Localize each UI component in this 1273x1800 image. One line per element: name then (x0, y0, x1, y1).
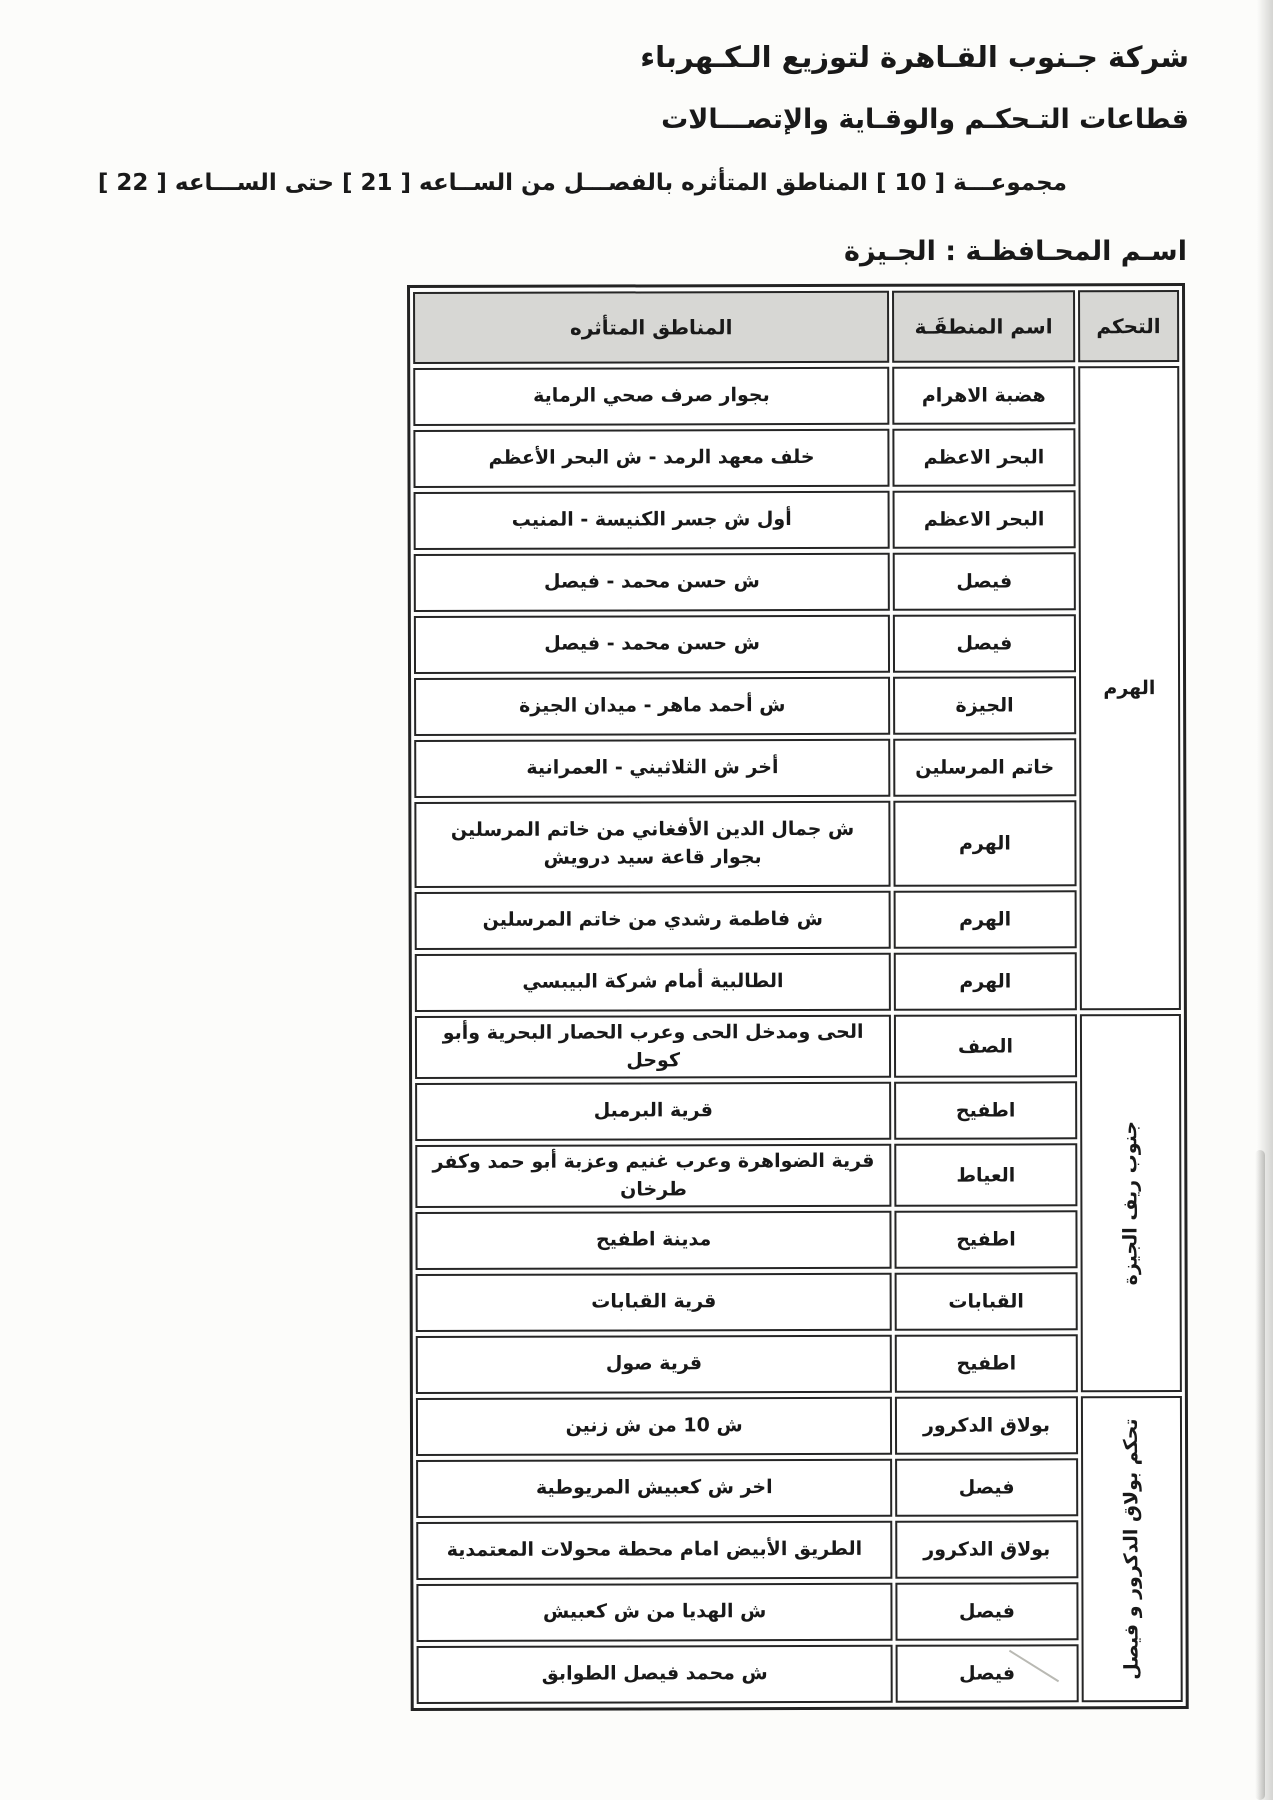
affected-areas-cell: بجوار صرف صحي الرماية (413, 367, 889, 426)
header-row: التحكم اسم المنطقَـة المناطق المتأثره (413, 290, 1179, 364)
affected-areas-cell: اخر ش كعبيش المريوطية (416, 1459, 892, 1518)
column-header-control: التحكم (1078, 290, 1180, 362)
affected-areas-cell: ش فاطمة رشدي من خاتم المرسلين (415, 891, 891, 950)
control-group-cell: الهرم (1078, 366, 1181, 1010)
area-name-cell: اطفيح (895, 1334, 1078, 1392)
area-name-cell: الجيزة (893, 676, 1076, 734)
area-name-cell: فيصل (893, 614, 1076, 672)
affected-areas-cell: قرية الضواهرة وعرب غنيم وعزبة أبو حمد وك… (415, 1144, 891, 1208)
governorate-line: اسـم المحـافظـة : الجـيزة (844, 236, 1187, 267)
table-row: فيصل ش محمد فيصل الطوابق (417, 1644, 1183, 1704)
scan-edge-streak (1255, 1150, 1265, 1800)
affected-areas-cell: ش أحمد ماهر - ميدان الجيزة (414, 677, 890, 736)
affected-areas-cell: الطريق الأبيض امام محطة محولات المعتمدية (416, 1521, 892, 1580)
table-row: الهرم الطالبية أمام شركة البيبسي (415, 952, 1181, 1012)
column-header-affected-areas: المناطق المتأثره (413, 291, 889, 364)
table-row: اطفيح مدينة اطفيح (415, 1210, 1181, 1270)
affected-areas-cell: أخر ش الثلاثيني - العمرانية (414, 739, 890, 798)
area-name-cell: اطفيح (894, 1081, 1077, 1139)
table-row: اطفيح قرية البرمبل (415, 1081, 1181, 1141)
table-row: فيصل ش حسن محمد - فيصل (414, 552, 1180, 612)
area-name-cell: البحر الاعظم (893, 490, 1076, 548)
scanned-document-page: شركة جـنوب القـاهرة لتوزيع الـكـهرباء قط… (0, 0, 1273, 1800)
table-row: البحر الاعظم أول ش جسر الكنيسة - المنيب (414, 490, 1180, 550)
table-row: فيصل ش الهديا من ش كعبيش (416, 1582, 1182, 1642)
area-name-cell: هضبة الاهرام (892, 366, 1075, 424)
area-name-cell: بولاق الدكرور (895, 1396, 1078, 1454)
outage-schedule-table: التحكم اسم المنطقَـة المناطق المتأثره ال… (407, 283, 1189, 1711)
area-name-cell: الهرم (894, 952, 1077, 1010)
table-row: اطفيح قرية صول (416, 1334, 1182, 1394)
area-name-cell: الصف (894, 1014, 1077, 1078)
table-row: الهرم هضبة الاهرام بجوار صرف صحي الرماية (413, 366, 1179, 426)
affected-areas-cell: ش جمال الدين الأفغاني من خاتم المرسلين ب… (414, 801, 891, 888)
affected-areas-cell: ش حسن محمد - فيصل (414, 553, 890, 612)
table-row: جنوب ريف الجيزة الصف الحى ومدخل الحى وعر… (415, 1014, 1181, 1079)
control-group-cell: تحكم بولاق الدكرور و فيصل (1081, 1396, 1183, 1702)
table-row: القبابات قرية القبابات (416, 1272, 1182, 1332)
table-row: فيصل اخر ش كعبيش المريوطية (416, 1458, 1182, 1518)
area-name-cell: فيصل (895, 1458, 1078, 1516)
affected-areas-cell: قرية صول (416, 1335, 892, 1394)
table-row: الهرم ش فاطمة رشدي من خاتم المرسلين (415, 890, 1181, 950)
department-subtitle: قطاعات التـحكـم والوقـاية والإتصـــالات (661, 104, 1189, 135)
table-row: فيصل ش حسن محمد - فيصل (414, 614, 1180, 674)
table-row: الجيزة ش أحمد ماهر - ميدان الجيزة (414, 676, 1180, 736)
area-name-cell: بولاق الدكرور (896, 1520, 1079, 1578)
affected-areas-cell: قرية القبابات (416, 1273, 892, 1332)
affected-areas-cell: ش حسن محمد - فيصل (414, 615, 890, 674)
area-name-cell: اطفيح (895, 1210, 1078, 1268)
affected-areas-cell: الطالبية أمام شركة البيبسي (415, 953, 891, 1012)
affected-areas-cell: الحى ومدخل الحى وعرب الحصار البحرية وأبو… (415, 1015, 891, 1079)
affected-areas-cell: ش محمد فيصل الطوابق (417, 1645, 893, 1704)
affected-areas-cell: خلف معهد الرمد - ش البحر الأعظم (413, 429, 889, 488)
area-name-cell: العياط (895, 1143, 1078, 1207)
area-name-cell: فيصل (893, 552, 1076, 610)
table-row: تحكم بولاق الدكرور و فيصل بولاق الدكرور … (416, 1396, 1182, 1456)
area-name-cell: الهرم (894, 890, 1077, 948)
table-row: خاتم المرسلين أخر ش الثلاثيني - العمراني… (414, 738, 1180, 798)
area-name-cell: خاتم المرسلين (893, 738, 1076, 796)
control-group-cell: جنوب ريف الجيزة (1080, 1014, 1182, 1392)
affected-areas-cell: قرية البرمبل (415, 1082, 891, 1141)
affected-areas-cell: مدينة اطفيح (415, 1211, 891, 1270)
control-group-vertical-label: تحكم بولاق الدكرور و فيصل (1120, 1419, 1143, 1680)
table-row: الهرم ش جمال الدين الأفغاني من خاتم المر… (414, 800, 1180, 888)
affected-areas-cell: أول ش جسر الكنيسة - المنيب (414, 491, 890, 550)
area-name-cell: فيصل (896, 1644, 1079, 1702)
affected-areas-cell: ش الهديا من ش كعبيش (416, 1583, 892, 1642)
control-group-vertical-label: جنوب ريف الجيزة (1120, 1121, 1142, 1286)
outage-group-line: مجموعـــة [ 10 ] المناطق المتأثره بالفصـ… (98, 170, 1067, 196)
table-row: البحر الاعظم خلف معهد الرمد - ش البحر ال… (413, 428, 1179, 488)
table-row: العياط قرية الضواهرة وعرب غنيم وعزبة أبو… (415, 1143, 1181, 1208)
area-name-cell: القبابات (895, 1272, 1078, 1330)
area-name-cell: فيصل (896, 1582, 1079, 1640)
outage-schedule-table-wrap: التحكم اسم المنطقَـة المناطق المتأثره ال… (407, 283, 1189, 1711)
table-row: بولاق الدكرور الطريق الأبيض امام محطة مح… (416, 1520, 1182, 1580)
area-name-cell: البحر الاعظم (893, 428, 1076, 486)
column-header-area-name: اسم المنطقَـة (892, 290, 1075, 362)
affected-areas-cell: ش 10 من ش زنين (416, 1397, 892, 1456)
area-name-cell: الهرم (894, 800, 1077, 886)
company-title: شركة جـنوب القـاهرة لتوزيع الـكـهرباء (640, 40, 1189, 74)
